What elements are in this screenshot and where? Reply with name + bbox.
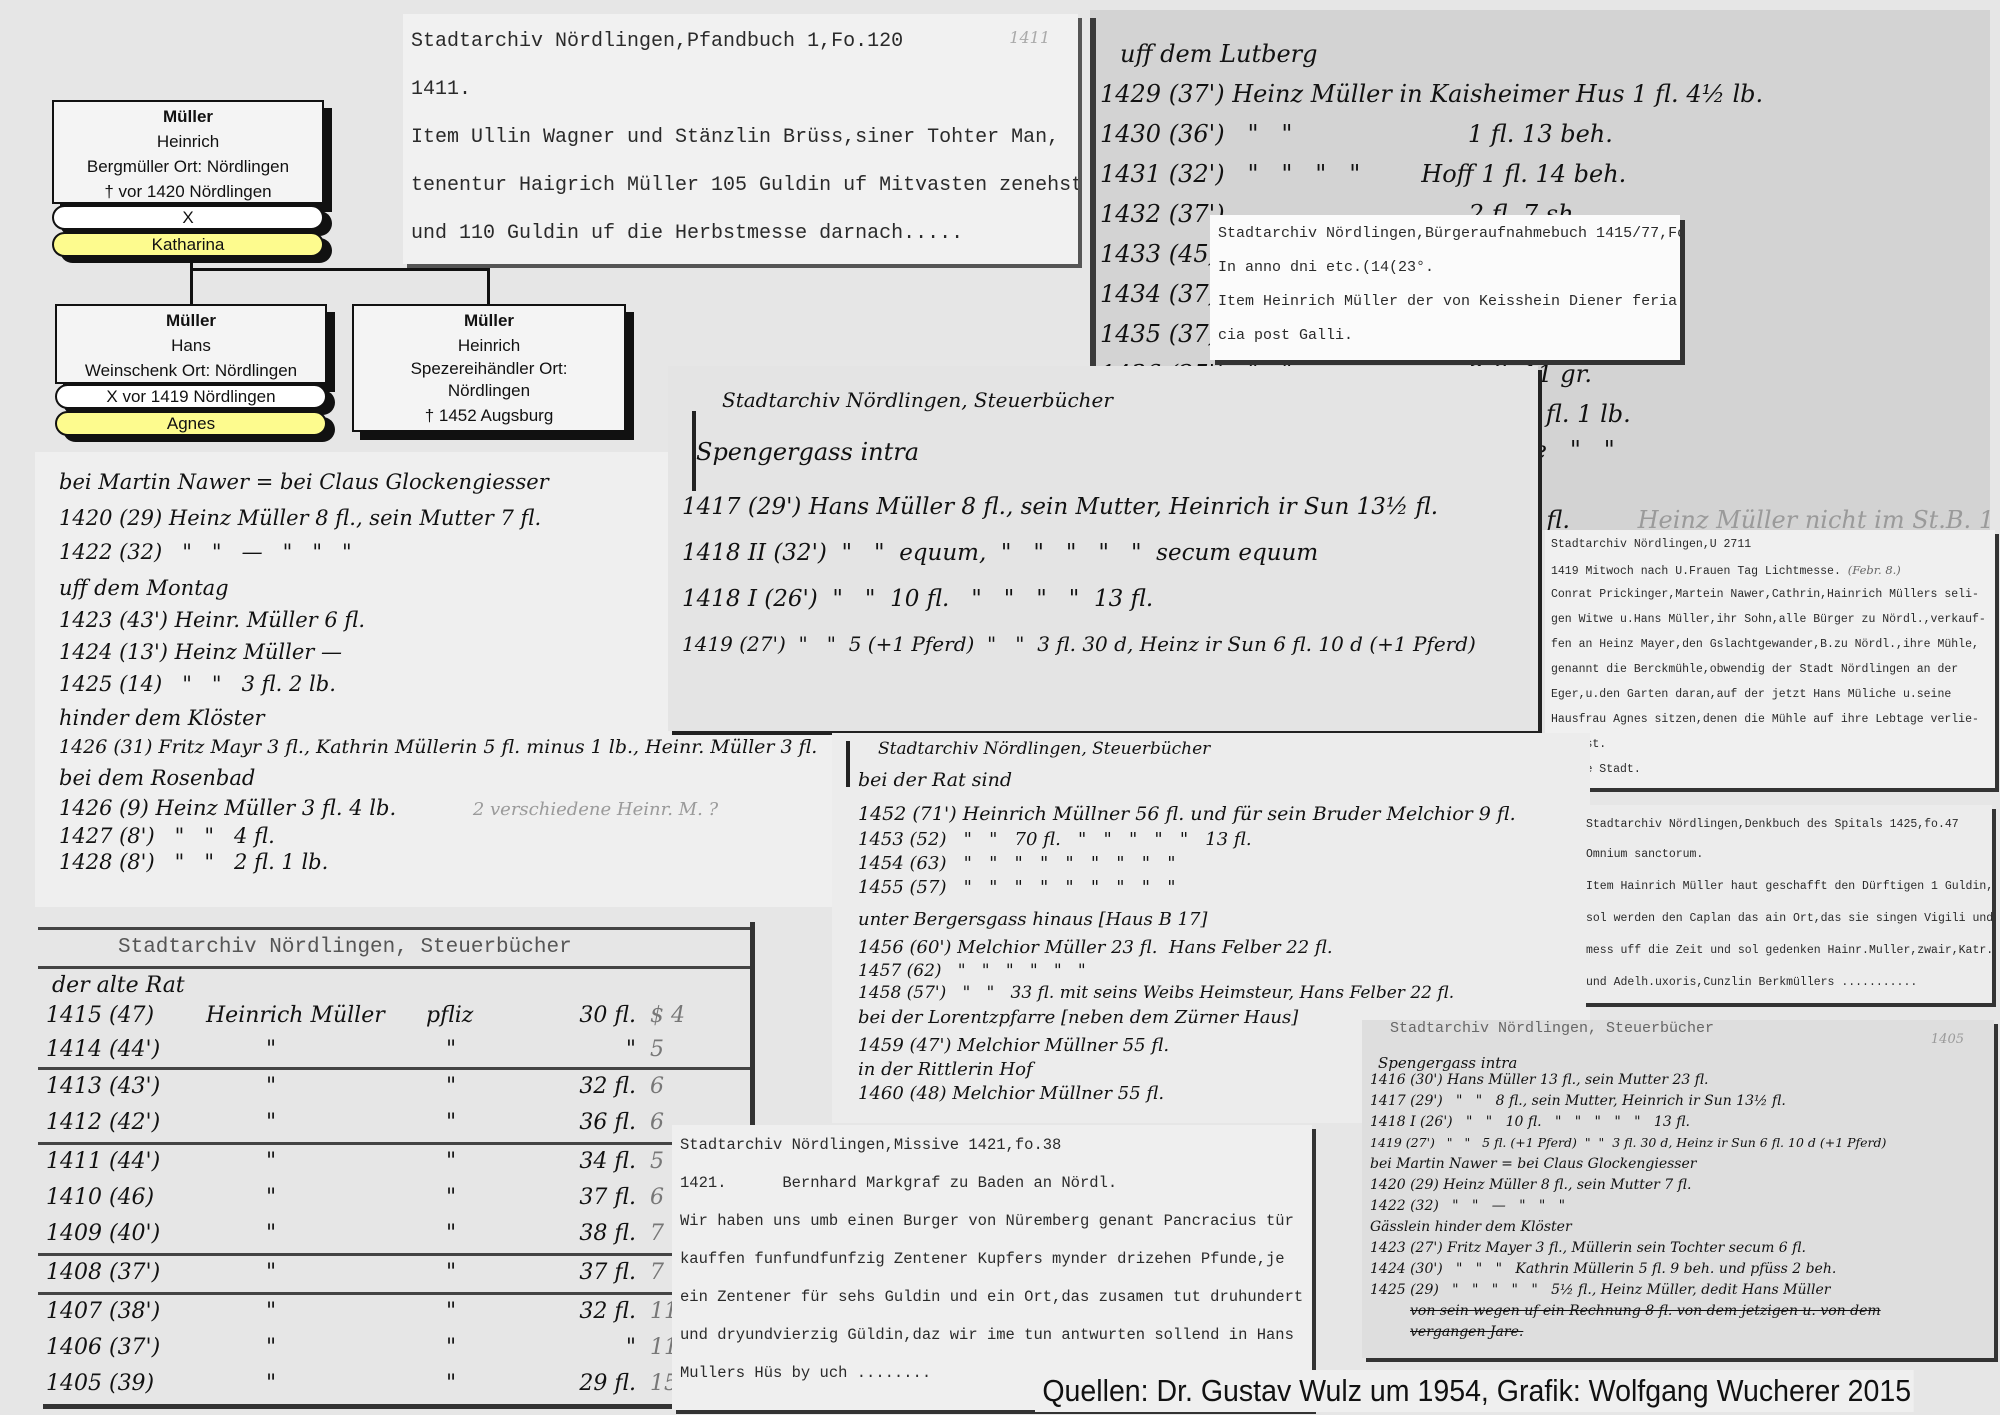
section-heading: unter Bergersgass hinaus [Haus B 17]	[858, 909, 1580, 937]
tax-row: 1419 (27') " " 5 fl. (+1 Pferd) " " 3 fl…	[1370, 1135, 1986, 1156]
death-info: † 1452 Augsburg	[354, 402, 624, 430]
table-cell-amount: 30 fl.	[536, 999, 646, 1033]
section-heading: Gässlein hinder dem Klöster	[1370, 1219, 1986, 1240]
table-cell-mark: $ 4	[650, 999, 710, 1033]
tax-row: 1425 (29) " " " " " 5½ fl., Heinz Müller…	[1370, 1282, 1986, 1303]
text-line: Conrat Prickinger,Martein Nawer,Cathrin,…	[1551, 584, 1989, 609]
text-line: tenentur Haigrich Müller 105 Guldin uf M…	[411, 168, 1070, 216]
occupation-place: Nördlingen	[354, 380, 624, 402]
table-cell-extra: pfliz	[426, 999, 536, 1033]
table-cell-amount: "	[536, 1331, 646, 1365]
table-row: 1413 (43')""32 fl.6	[38, 1070, 750, 1106]
tax-row: 1423 (27') Fritz Mayer 3 fl., Müllerin s…	[1370, 1240, 1986, 1261]
text-line: cia post Galli.	[1218, 321, 1672, 355]
tax-row: 1458 (57') " " 33 fl. mit seins Weibs He…	[858, 983, 1580, 1007]
death-info: † vor 1420 Nördlingen	[54, 179, 322, 204]
tax-row-text: 1426 (9) Heinz Müller 3 fl. 4 lb.	[59, 796, 396, 820]
document-missive[interactable]: Stadtarchiv Nördlingen,Missive 1421,fo.3…	[672, 1125, 1312, 1410]
tax-row: 1426 (9) Heinz Müller 3 fl. 4 lb. 2 vers…	[59, 796, 825, 824]
margin-note: 1411	[1009, 28, 1050, 47]
table-cell-year: 1411 (44')	[46, 1145, 206, 1179]
credit-line: Quellen: Dr. Gustav Wulz um 1954, Grafik…	[1035, 1370, 1914, 1412]
document-steuer-spengergasse[interactable]: Stadtarchiv Nördlingen, Steuerbücher Spe…	[668, 366, 1538, 731]
table-cell-amount: 32 fl.	[536, 1295, 646, 1329]
text-line: S: die Stadt.	[1551, 759, 1989, 784]
tax-row: 1418 II (32') " " equum, " " " " " secum…	[682, 540, 1528, 586]
tax-row: 1452 (71') Heinrich Müllner 56 fl. und f…	[858, 803, 1580, 829]
tax-row: 1419 (27') " " 5 (+1 Pferd) " " 3 fl. 30…	[682, 632, 1528, 678]
text-line: und 110 Guldin uf die Herbstmesse darnac…	[411, 216, 1070, 264]
occupation: Spezereihändler Ort:	[354, 358, 624, 380]
tree-connector	[190, 268, 193, 306]
text-line: kauffen funfundfunfzig Zentener Kupfers …	[680, 1243, 1304, 1281]
marriage-badge: X vor 1419 Nördlingen	[55, 384, 327, 409]
text-line: und dryundvierzig Güldin,daz wir ime tun…	[680, 1319, 1304, 1357]
section-heading: bei dem Rosenbad	[59, 766, 825, 796]
table-cell-year: 1409 (40')	[46, 1217, 206, 1251]
table-cell-year: 1407 (38')	[46, 1295, 206, 1329]
source-line: Stadtarchiv Nördlingen,Bürgeraufnahmebuc…	[1218, 219, 1672, 253]
tree-connector	[190, 268, 490, 271]
table-cell-amount: 38 fl.	[536, 1217, 646, 1251]
document-steuer-alter-rat[interactable]: Stadtarchiv Nördlingen, Steuerbücher der…	[38, 917, 750, 1404]
source-line: Stadtarchiv Nördlingen,U 2711	[1551, 534, 1989, 559]
spouse-agnes[interactable]: Agnes	[55, 411, 327, 436]
table-row: 1407 (38')""32 fl.11	[38, 1295, 750, 1331]
table-cell-amount: 34 fl.	[536, 1145, 646, 1179]
table-cell-year: 1412 (42')	[46, 1106, 206, 1140]
tax-row: 1422 (32) " " — " " "	[1370, 1198, 1986, 1219]
surname: Müller	[54, 104, 322, 129]
source-line: Stadtarchiv Nördlingen, Steuerbücher	[682, 388, 1528, 438]
date-note: (Febr. 8.)	[1848, 563, 1901, 577]
person-card-heinrich-parent[interactable]: Müller Heinrich Bergmüller Ort: Nördling…	[52, 100, 324, 204]
text-line: Omnium sanctorum.	[1586, 841, 1988, 873]
table-row: 1412 (42')""36 fl.6	[38, 1106, 750, 1142]
tax-row: 1418 I (26') " " 10 fl. " " " " 13 fl.	[682, 586, 1528, 632]
table-row: 1414 (44')"""5	[38, 1033, 750, 1067]
tax-row: 1417 (29') Hans Müller 8 fl., sein Mutte…	[682, 494, 1528, 540]
source-line: Stadtarchiv Nördlingen,Pfandbuch 1,Fo.12…	[411, 22, 1070, 72]
document-buergeraufnahmebuch[interactable]: Stadtarchiv Nördlingen,Bürgeraufnahmebuc…	[1210, 215, 1680, 360]
section-heading: bei Martin Nawer = bei Claus Glockengies…	[1370, 1156, 1986, 1177]
source-line: Stadtarchiv Nördlingen,Denkbuch des Spit…	[1586, 811, 1988, 841]
text-line: Eger,u.den Garten daran,auf der jetzt Ha…	[1551, 684, 1989, 709]
text-line: Wir haben uns umb einen Burger von Nürem…	[680, 1205, 1304, 1243]
tax-row: 1431 (32') " " " " Hoff 1 fl. 14 beh.	[1100, 160, 1978, 200]
text-line: Hausfrau Agnes sitzen,denen die Mühle au…	[1551, 709, 1989, 734]
text-line: mess uff die Zeit und sol gedenken Hainr…	[1586, 937, 1988, 969]
table-cell-mark: 6	[650, 1070, 710, 1104]
tax-row: 1453 (52) " " 70 fl. " " " " " 13 fl.	[858, 829, 1580, 853]
surname: Müller	[354, 308, 624, 333]
section-heading: bei der Rat sind	[858, 769, 1580, 803]
tax-row: 1426 (31) Fritz Mayr 3 fl., Kathrin Müll…	[59, 736, 825, 766]
tax-row: 1428 (8') " " 2 fl. 1 lb.	[59, 850, 825, 876]
tax-row: 1456 (60') Melchior Müller 23 fl. Hans F…	[858, 937, 1580, 961]
tax-row: 1424 (30') " " " Kathrin Müllerin 5 fl. …	[1370, 1261, 1986, 1282]
table-row: 1415 (47)Heinrich Müllerpfliz30 fl.$ 4	[38, 999, 750, 1033]
table-cell-year: 1413 (43')	[46, 1070, 206, 1104]
faint-note: 2 verschiedene Heinr. M. ?	[473, 799, 718, 820]
section-heading: uff dem Lutberg	[1100, 40, 1978, 80]
text-line: hen ist.	[1551, 734, 1989, 759]
source-line: Stadtarchiv Nördlingen, Steuerbücher	[858, 739, 1580, 769]
text-line: In anno dni etc.(14(23°.	[1218, 253, 1672, 287]
section-heading: der alte Rat	[38, 969, 750, 999]
table-cell-amount: 37 fl.	[536, 1256, 646, 1290]
table-cell-amount: "	[536, 1033, 646, 1067]
tax-row: 1455 (57) " " " " " " " " "	[858, 877, 1580, 909]
source-line: Stadtarchiv Nördlingen, Steuerbücher	[38, 930, 750, 966]
table-row: 1411 (44')""34 fl.5	[38, 1145, 750, 1181]
tax-row: von sein wegen uf ein Rechnung 8 fl. von…	[1370, 1303, 1986, 1324]
table-row: 1409 (40')""38 fl.7	[38, 1217, 750, 1253]
tax-row: 1430 (36') " " 1 fl. 13 beh.	[1100, 120, 1978, 160]
text-line: 1411.	[411, 72, 1070, 120]
table-cell-year: 1410 (46)	[46, 1181, 206, 1215]
title-line: 1421. Bernhard Markgraf zu Baden an Nörd…	[680, 1167, 1304, 1205]
table-row: 1406 (37')"""11	[38, 1331, 750, 1367]
tax-row: 1416 (30') Hans Müller 13 fl., sein Mutt…	[1370, 1072, 1986, 1093]
tax-row: 1429 (37') Heinz Müller in Kaisheimer Hu…	[1100, 80, 1978, 120]
source-line: Stadtarchiv Nördlingen, Steuerbücher	[1370, 1020, 1986, 1042]
table-cell-year: 1405 (39)	[46, 1367, 206, 1401]
tax-row: 1427 (8') " " 4 fl.	[59, 824, 825, 850]
table-cell-amount: 36 fl.	[536, 1106, 646, 1140]
text-line: Item Heinrich Müller der von Keisshein D…	[1218, 287, 1672, 321]
pen-mark	[846, 741, 850, 787]
given-name: Hans	[57, 333, 325, 358]
table-row: 1410 (46)""37 fl.6	[38, 1181, 750, 1217]
tax-row: 1420 (29) Heinz Müller 8 fl., sein Mutte…	[1370, 1177, 1986, 1198]
section-heading: Spengergass intra	[1370, 1042, 1986, 1072]
text-line: Item Ullin Wagner und Stänzlin Brüss,sin…	[411, 120, 1070, 168]
marriage-badge: X	[52, 205, 324, 230]
given-name: Heinrich	[54, 129, 322, 154]
tax-table: 1415 (47)Heinrich Müllerpfliz30 fl.$ 414…	[38, 999, 750, 1403]
text-line: Item Hainrich Müller haut geschafft den …	[1586, 873, 1988, 905]
occupation: Bergmüller Ort: Nördlingen	[54, 154, 322, 179]
text-line: sol werden den Caplan das ain Ort,das si…	[1586, 905, 1988, 937]
table-cell-amount: 37 fl.	[536, 1181, 646, 1215]
table-cell-year: 1406 (37')	[46, 1331, 206, 1365]
text-line: und Adelh.uxoris,Cunzlin Berkmüllers ...…	[1586, 969, 1988, 1001]
spouse-katharina[interactable]: Katharina	[52, 232, 324, 257]
document-steuer-summary[interactable]: Stadtarchiv Nördlingen, Steuerbücher 140…	[1362, 1020, 1994, 1358]
table-cell-amount: 32 fl.	[536, 1070, 646, 1104]
table-row: 1408 (37')""37 fl.7	[38, 1256, 750, 1292]
table-cell-year: 1408 (37')	[46, 1256, 206, 1290]
faint-note: Heinz Müller nicht im St.B. 1439	[1638, 506, 1990, 530]
table-row: 1405 (39)""29 fl.15	[38, 1367, 750, 1403]
tax-row: 1417 (29') " " 8 fl., sein Mutter, Heinr…	[1370, 1093, 1986, 1114]
table-cell-year: 1415 (47)	[46, 999, 206, 1033]
document-denkbuch-spital[interactable]: Stadtarchiv Nördlingen,Denkbuch des Spit…	[1582, 805, 1992, 1003]
tree-connector	[487, 268, 490, 306]
pen-mark	[692, 411, 696, 491]
tax-row: 1418 I (26') " " 10 fl. " " " " " 13 fl.	[1370, 1114, 1986, 1135]
margin-note: 1405	[1931, 1032, 1964, 1047]
tax-row: 1457 (62) " " " " " "	[858, 961, 1580, 983]
source-line: Stadtarchiv Nördlingen,Missive 1421,fo.3…	[680, 1129, 1304, 1167]
document-pfandbuch[interactable]: Stadtarchiv Nördlingen,Pfandbuch 1,Fo.12…	[403, 14, 1078, 264]
section-heading: Spengergass intra	[682, 438, 1528, 494]
text-line: ein Zentener für sehs Guldin und ein Ort…	[680, 1281, 1304, 1319]
person-card-hans[interactable]: Müller Hans Weinschenk Ort: Nördlingen	[55, 304, 327, 384]
tax-row: vergangen Jare.	[1370, 1324, 1986, 1345]
tax-row: 1454 (63) " " " " " " " " "	[858, 853, 1580, 877]
table-cell-year: 1414 (44')	[46, 1033, 206, 1067]
document-urkunde-2711[interactable]: Stadtarchiv Nördlingen,U 2711 1419 Mitwo…	[1545, 530, 1995, 788]
date-text: 1419 Mitwoch nach U.Frauen Tag Lichtmess…	[1551, 565, 1841, 578]
person-card-heinrich-child[interactable]: Müller Heinrich Spezereihändler Ort: Nör…	[352, 304, 626, 432]
text-line: genannt die Berckmühle,obwendig der Stad…	[1551, 659, 1989, 684]
table-cell-mark: 5	[650, 1033, 710, 1067]
text-line: fen an Heinz Mayer,den Gslachtgewander,B…	[1551, 634, 1989, 659]
occupation: Weinschenk Ort: Nördlingen	[57, 358, 325, 383]
date-line: 1419 Mitwoch nach U.Frauen Tag Lichtmess…	[1551, 559, 1989, 584]
surname: Müller	[57, 308, 325, 333]
table-cell-name: Heinrich Müller	[206, 999, 426, 1033]
table-cell-amount: 29 fl.	[536, 1367, 646, 1401]
text-line: gen Witwe u.Hans Müller,ihr Sohn,alle Bü…	[1551, 609, 1989, 634]
given-name: Heinrich	[354, 333, 624, 358]
